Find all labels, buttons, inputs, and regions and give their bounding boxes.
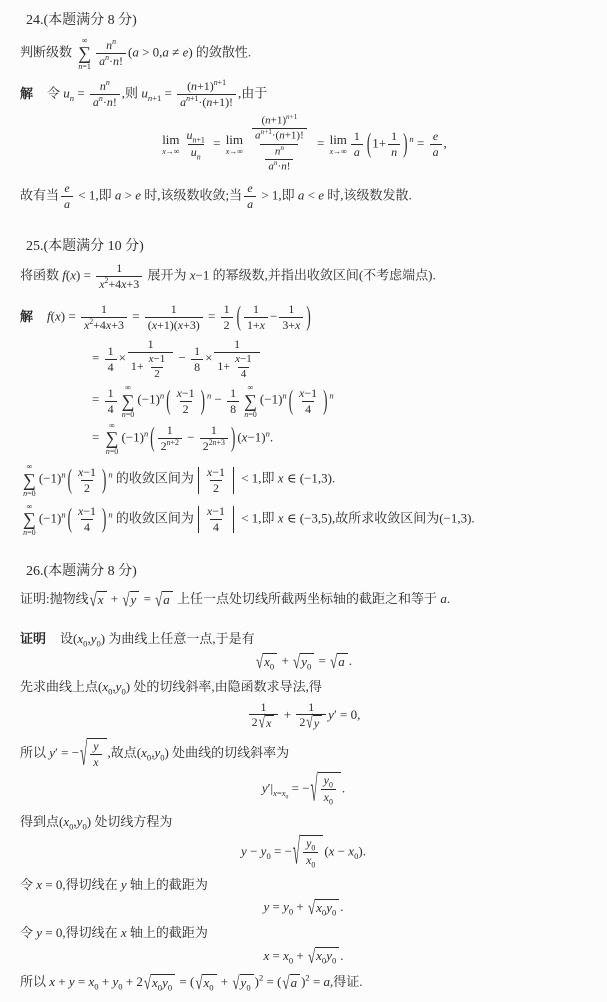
problem-24-body: 判断级数 ∞∑n=1nnan·n!(a > 0,a ≠ e) 的敛散性.解令 u…	[20, 36, 587, 212]
sqrt-radical: √y0x0	[311, 772, 341, 807]
summation: ∞∑n=0	[244, 383, 257, 418]
sqrt-radical: √y	[122, 591, 139, 609]
sqrt-radical: √x0	[256, 653, 277, 671]
text-line: = 14×11+x−12 − 18×11+x−14	[20, 337, 587, 381]
equation-line: limx→∞un+1un = limx→∞(n+1)n+1an+1·(n+1)!…	[20, 114, 587, 175]
fraction: un+1un	[184, 128, 208, 162]
sqrt-radical: √y0	[232, 974, 253, 992]
paren-group: (x−12)	[67, 465, 108, 496]
problem-25: 25.(本题满分 10 分) 将函数 f(x) = 1x2+4x+3 展开为 x…	[20, 236, 587, 538]
fraction: nnan·n!	[90, 79, 120, 110]
fraction: 1x2+4x+3	[81, 302, 127, 333]
fraction: 1(x+1)(x+3)	[145, 302, 203, 333]
paren-group: (11+x−13+x)	[236, 302, 312, 333]
limit-operator: limx→∞	[226, 133, 243, 156]
fraction: 1x2+4x+3	[96, 261, 142, 292]
fraction: nnan·n!	[96, 38, 126, 69]
fraction: 1n	[388, 129, 400, 160]
summation: ∞∑n=0	[23, 502, 36, 537]
sqrt-radical: √a	[330, 653, 348, 671]
sqrt-radical: √y0x0	[293, 835, 323, 870]
sqrt-radical: √a	[155, 591, 173, 609]
document-page: 24.(本题满分 8 分) 判断级数 ∞∑n=1nnan·n!(a > 0,a …	[0, 0, 607, 1002]
fraction: x−12	[146, 353, 169, 382]
paren-group: (x−14)	[288, 386, 329, 417]
summation: ∞∑n=1	[78, 36, 91, 71]
limit-operator: limx→∞	[162, 133, 179, 156]
equation-line: 12√x + 12√yy′ = 0,	[20, 700, 587, 732]
paren-group: (x−12)	[165, 386, 206, 417]
sqrt-radical: √x0y0	[144, 974, 175, 992]
summation: ∞∑n=0	[122, 383, 135, 418]
fraction: x−14	[296, 386, 320, 417]
text-line: 判断级数 ∞∑n=1nnan·n!(a > 0,a ≠ e) 的敛散性.	[20, 36, 587, 71]
fraction: x−14	[232, 353, 255, 382]
fraction: x−12	[75, 465, 99, 496]
text-line: 解令 un = nnan·n!,则 un+1 = (n+1)n+1an+1·(n…	[20, 79, 587, 110]
fraction: 11+x	[244, 302, 268, 333]
fraction: 11+x−14	[214, 337, 259, 381]
text-line: 将函数 f(x) = 1x2+4x+3 展开为 x−1 的幂级数,并指出收敛区间…	[20, 261, 587, 292]
fraction: ea	[61, 181, 73, 212]
fraction: 13+x	[279, 302, 303, 333]
problem-26: 26.(本题满分 8 分) 证明:抛物线√x + √y = √a 上任一点处切线…	[20, 561, 587, 992]
limit-operator: limx→∞	[330, 133, 347, 156]
problem-24: 24.(本题满分 8 分) 判断级数 ∞∑n=1nnan·n!(a > 0,a …	[20, 10, 587, 212]
fraction: x−14	[75, 504, 99, 535]
text-line: 证明:抛物线√x + √y = √a 上任一点处切线所截两坐标轴的截距之和等于 …	[20, 589, 587, 609]
fraction: (n+1)n+1an+1·(n+1)!nnan·n!	[247, 114, 312, 175]
paren-group: (1+1n)	[366, 129, 409, 160]
fraction: ea	[244, 181, 256, 212]
fraction: 1a	[351, 129, 363, 160]
sqrt-radical: √a	[282, 974, 300, 992]
text-line: 故有当ea < 1,即 a > e 时,该级数收敛;当ea > 1,即 a < …	[20, 181, 587, 212]
text-line: 所以 y′ = −√yx,故点(x0,y0) 处曲线的切线斜率为	[20, 738, 587, 770]
problem-25-body: 将函数 f(x) = 1x2+4x+3 展开为 x−1 的幂级数,并指出收敛区间…	[20, 261, 587, 537]
fraction: x−12	[174, 386, 198, 417]
fraction: ea	[430, 129, 442, 160]
text-line: 令 y = 0,得切线在 x 轴上的截距为	[20, 923, 587, 943]
sqrt-radical: √y0	[293, 653, 314, 671]
fraction: 122n+3	[200, 423, 228, 454]
sqrt-radical: √x	[90, 591, 107, 609]
fraction: 11+x−12	[128, 337, 173, 381]
sqrt-radical: √x0y0	[308, 899, 339, 917]
text-line: = 14∞∑n=0(−1)n(x−12)n − 18∞∑n=0(−1)n(x−1…	[20, 383, 587, 418]
fraction: 12√x	[249, 700, 279, 732]
fraction: nnan·n!	[265, 145, 293, 175]
paren-group: (x−14)	[67, 504, 108, 535]
problem-24-header: 24.(本题满分 8 分)	[26, 10, 587, 32]
fraction: yx	[90, 739, 101, 770]
summation: ∞∑n=0	[23, 462, 36, 497]
text-line: 所以 x + y = x0 + y0 + 2√x0y0 = (√x0 + √y0…	[20, 972, 587, 992]
problem-26-body: 证明:抛物线√x + √y = √a 上任一点处切线所截两坐标轴的截距之和等于 …	[20, 589, 587, 992]
summation: ∞∑n=0	[106, 421, 119, 456]
sqrt-radical: √y	[306, 715, 322, 732]
fraction: 14	[105, 386, 117, 417]
fraction: (n+1)n+1an+1·(n+1)!	[252, 114, 307, 144]
sqrt-radical: √x0y0	[308, 947, 339, 965]
sqrt-radical: √x0	[195, 974, 216, 992]
fraction: x−12	[204, 465, 228, 496]
fraction: y0x0	[321, 773, 336, 807]
sqrt-radical: √yx	[80, 738, 106, 770]
text-line: 证明设(x0,y0) 为曲线上任意一点,于是有	[20, 629, 587, 649]
fraction: (n+1)n+1an+1·(n+1)!	[177, 79, 236, 110]
equation-line: x = x0 + √x0y0.	[20, 946, 587, 966]
text-line: ∞∑n=0(−1)n(x−12)n 的收敛区间为x−12 < 1,即 x ∈ (…	[20, 462, 587, 497]
text-line: 令 x = 0,得切线在 y 轴上的截距为	[20, 875, 587, 895]
equation-line: √x0 + √y0 = √a.	[20, 651, 587, 671]
fraction: 12n+2	[158, 423, 182, 454]
equation-line: y − y0 = −√y0x0(x − x0).	[20, 835, 587, 870]
text-line: ∞∑n=0(−1)n(x−14)n 的收敛区间为x−14 < 1,即 x ∈ (…	[20, 502, 587, 537]
fraction: x−14	[204, 504, 228, 535]
solution-label: 解	[20, 309, 33, 324]
fraction: 14	[105, 344, 117, 375]
text-line: 先求曲线上点(x0,y0) 处的切线斜率,由隐函数求导法,得	[20, 677, 587, 697]
problem-26-header: 26.(本题满分 8 分)	[26, 561, 587, 583]
fraction: y0x0	[303, 836, 318, 870]
solution-label: 证明	[20, 631, 46, 646]
sqrt-radical: √x	[259, 715, 275, 732]
abs-group: x−12	[195, 465, 237, 496]
problem-25-header: 25.(本题满分 10 分)	[26, 236, 587, 258]
fraction: 12√y	[296, 700, 326, 732]
paren-group: (12n+2 − 122n+3)	[149, 423, 236, 454]
fraction: 18	[191, 344, 203, 375]
fraction: 18	[227, 386, 239, 417]
fraction: 12	[221, 302, 233, 333]
abs-group: x−14	[195, 504, 237, 535]
text-line: 解f(x) = 1x2+4x+3 = 1(x+1)(x+3) = 12(11+x…	[20, 302, 587, 333]
solution-label: 解	[20, 86, 33, 101]
equation-line: y = y0 + √x0y0.	[20, 897, 587, 917]
equation-line: y′|x=x0 = −√y0x0.	[20, 772, 587, 807]
text-line: 得到点(x0,y0) 处切线方程为	[20, 812, 587, 832]
text-line: = ∞∑n=0(−1)n(12n+2 − 122n+3)(x−1)n.	[20, 421, 587, 456]
